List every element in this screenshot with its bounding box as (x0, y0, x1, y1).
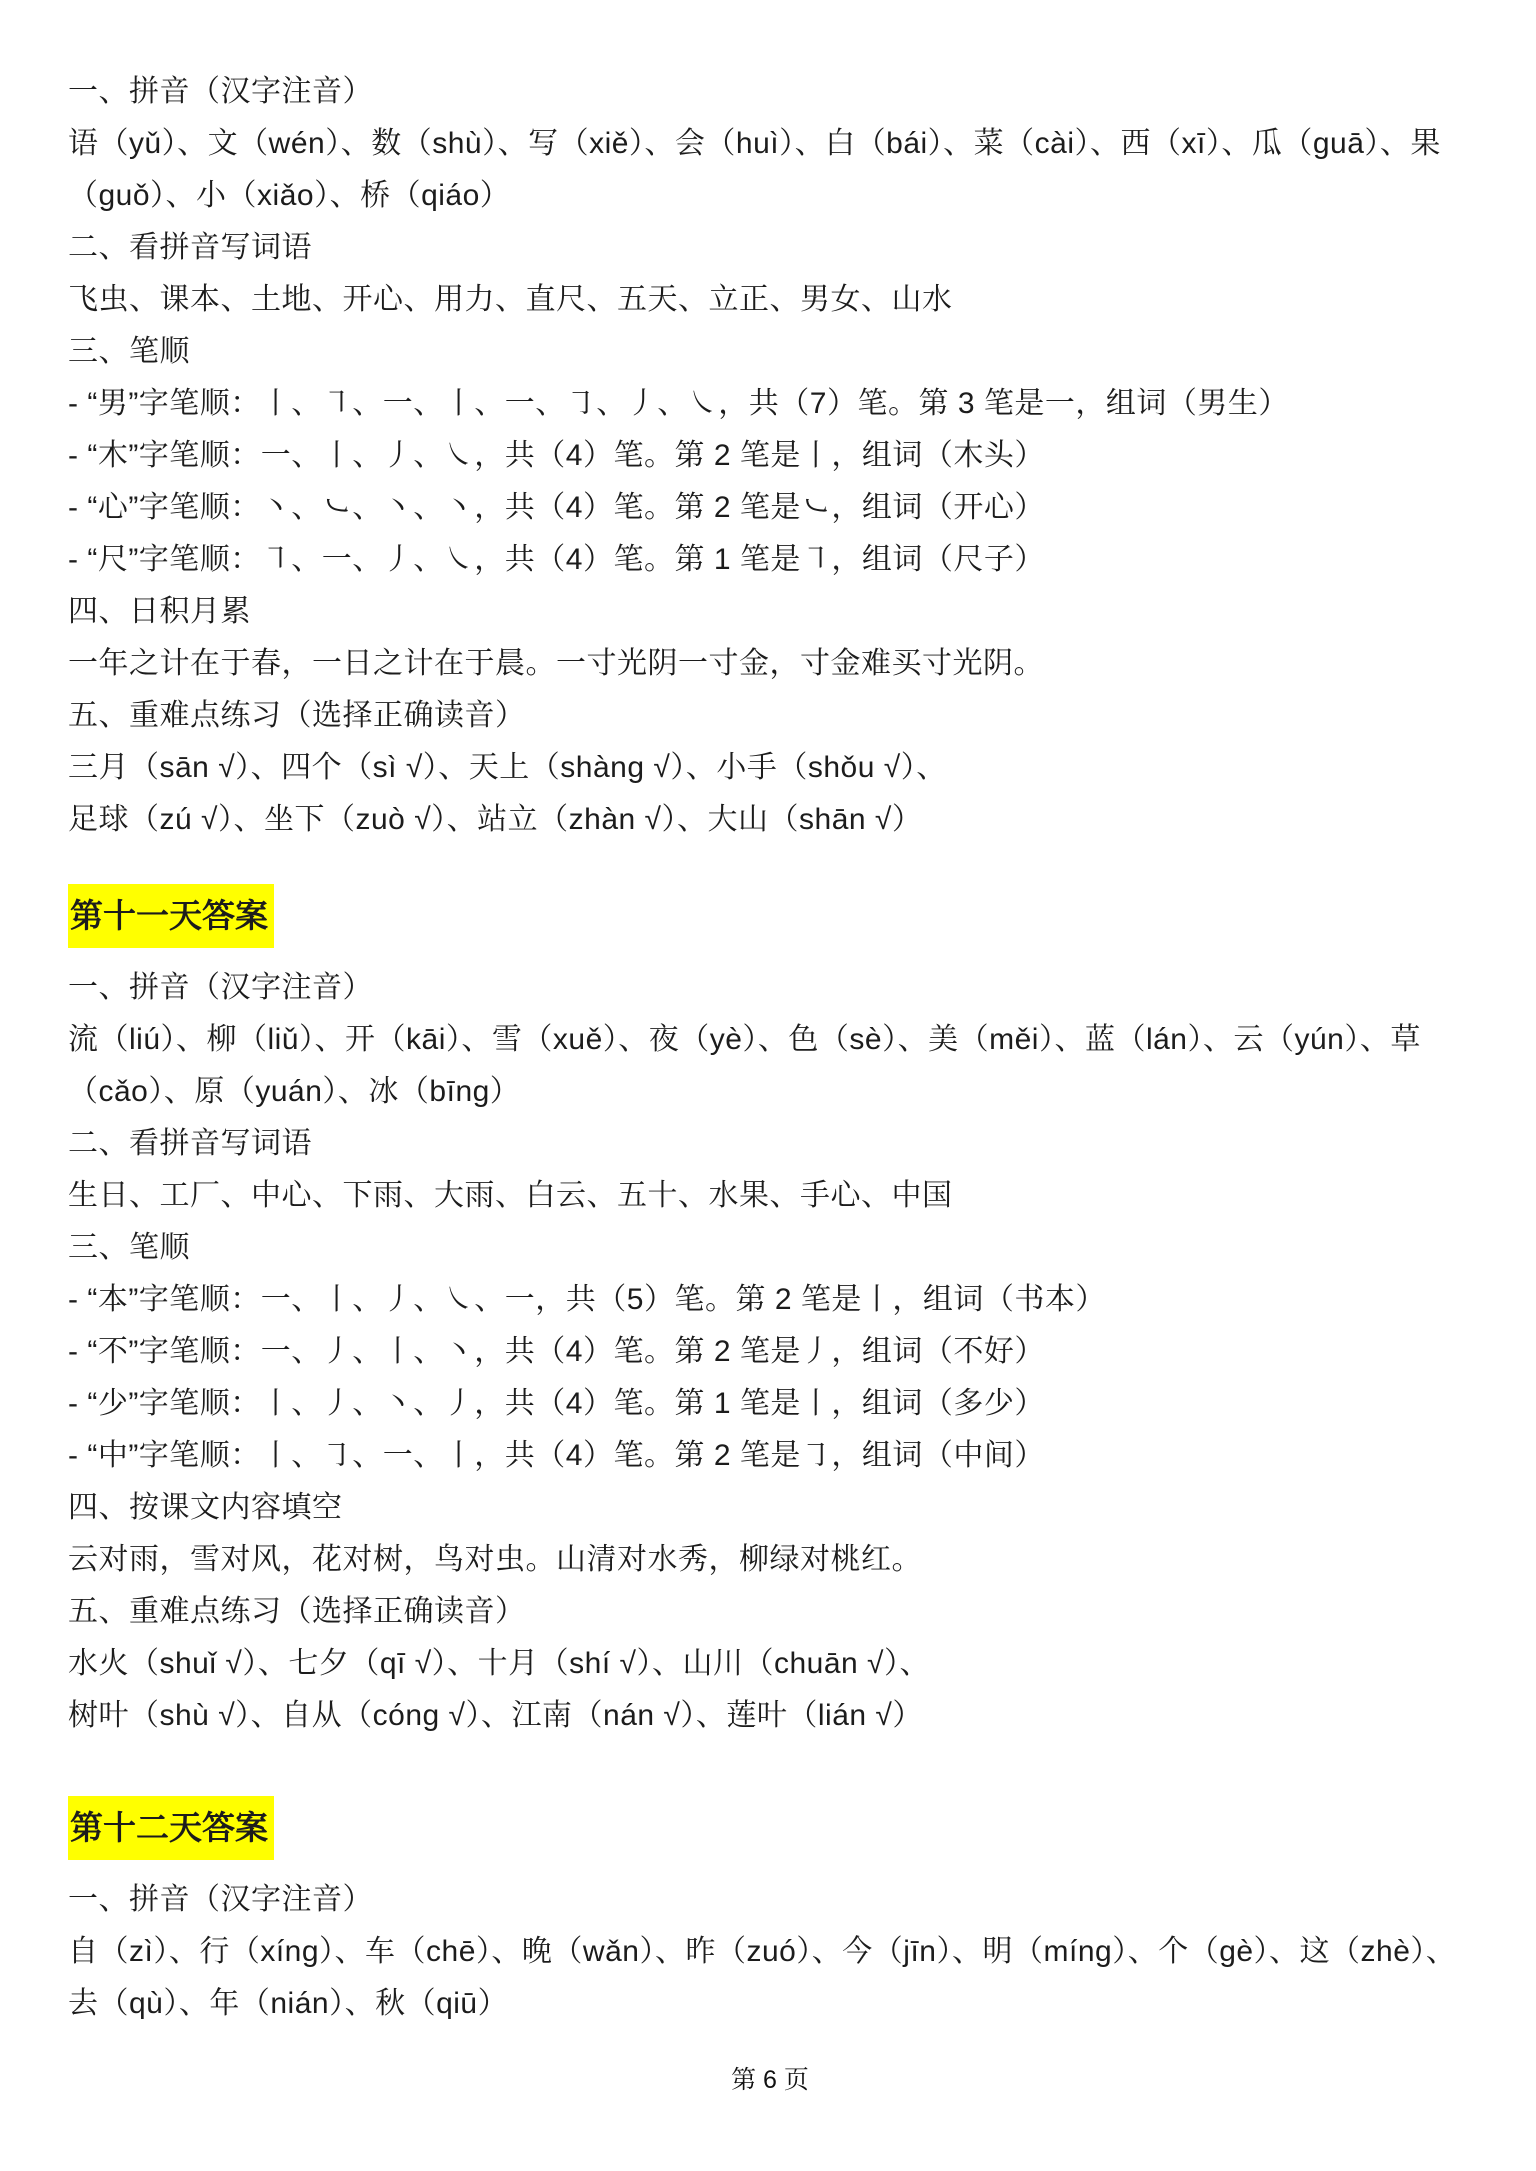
pinyin-answers: 自（zì）、行（xíng）、车（chē）、晚（wǎn）、昨（zuó）、今（jīn… (68, 1926, 1472, 2030)
pinyin-answers: 流（liú）、柳（liǔ）、开（kāi）、雪（xuě）、夜（yè）、色（sè）、… (68, 1014, 1472, 1118)
stroke-order-item: - “本”字笔顺：一、丨、丿、㇏、一，共（5）笔。第 2 笔是丨，组词（书本） (68, 1274, 1472, 1326)
heading-stroke-order: 三、笔顺 (68, 326, 1472, 378)
section-day-eleven: 第十一天答案 一、拼音（汉字注音） 流（liú）、柳（liǔ）、开（kāi）、雪… (68, 884, 1472, 1742)
word-answers: 生日、工厂、中心、下雨、大雨、白云、五十、水果、手心、中国 (68, 1170, 1472, 1222)
section-day-ten: 一、拼音（汉字注音） 语（yǔ）、文（wén）、数（shù）、写（xiě）、会（… (68, 66, 1472, 846)
heading-pinyin: 一、拼音（汉字注音） (68, 1874, 1472, 1926)
highlighted-title: 第十二天答案 (68, 1796, 274, 1860)
stroke-order-item: - “不”字笔顺：一、丿、丨、丶，共（4）笔。第 2 笔是丿，组词（不好） (68, 1326, 1472, 1378)
practice-answers: 三月（sān √）、四个（sì √）、天上（shàng √）、小手（shǒu √… (68, 742, 1472, 794)
heading-stroke-order: 三、笔顺 (68, 1222, 1472, 1274)
fill-in-answer: 云对雨，雪对风，花对树，鸟对虫。山清对水秀，柳绿对桃红。 (68, 1534, 1472, 1586)
heading-accumulation: 四、日积月累 (68, 586, 1472, 638)
page-number: 第 6 页 (68, 2060, 1472, 2100)
heading-pinyin: 一、拼音（汉字注音） (68, 66, 1472, 118)
word-answers: 飞虫、课本、土地、开心、用力、直尺、五天、立正、男女、山水 (68, 274, 1472, 326)
proverb-text: 一年之计在于春，一日之计在于晨。一寸光阴一寸金，寸金难买寸光阴。 (68, 638, 1472, 690)
page-footer: 第 6 页 (68, 2060, 1472, 2140)
practice-answers: 足球（zú √）、坐下（zuò √）、站立（zhàn √）、大山（shān √） (68, 794, 1472, 846)
stroke-order-item: - “中”字笔顺：丨、㇆、一、丨，共（4）笔。第 2 笔是㇆，组词（中间） (68, 1430, 1472, 1482)
practice-answers: 水火（shuǐ √）、七夕（qī √）、十月（shí √）、山川（chuān √… (68, 1638, 1472, 1690)
heading-words: 二、看拼音写词语 (68, 222, 1472, 274)
stroke-order-item: - “木”字笔顺：一、丨、丿、㇏，共（4）笔。第 2 笔是丨，组词（木头） (68, 430, 1472, 482)
practice-answers: 树叶（shù √）、自从（cóng √）、江南（nán √）、莲叶（lián √… (68, 1690, 1472, 1742)
highlighted-title: 第十一天答案 (68, 884, 274, 948)
pinyin-answers: 语（yǔ）、文（wén）、数（shù）、写（xiě）、会（huì）、白（bái）… (68, 118, 1472, 222)
stroke-order-item: - “心”字笔顺：丶、㇃、丶、丶，共（4）笔。第 2 笔是㇃，组词（开心） (68, 482, 1472, 534)
heading-practice: 五、重难点练习（选择正确读音） (68, 1586, 1472, 1638)
stroke-order-item: - “尺”字笔顺：㇕、一、丿、㇏，共（4）笔。第 1 笔是㇕，组词（尺子） (68, 534, 1472, 586)
day-eleven-heading: 第十一天答案 (68, 884, 1472, 948)
section-day-twelve: 第十二天答案 一、拼音（汉字注音） 自（zì）、行（xíng）、车（chē）、晚… (68, 1796, 1472, 2030)
heading-fill-in: 四、按课文内容填空 (68, 1482, 1472, 1534)
day-twelve-heading: 第十二天答案 (68, 1796, 1472, 1860)
stroke-order-item: - “男”字笔顺：丨、㇕、一、丨、一、㇆、丿、㇏，共（7）笔。第 3 笔是一，组… (68, 378, 1472, 430)
heading-words: 二、看拼音写词语 (68, 1118, 1472, 1170)
stroke-order-item: - “少”字笔顺：丨、丿、丶、丿，共（4）笔。第 1 笔是丨，组词（多少） (68, 1378, 1472, 1430)
heading-practice: 五、重难点练习（选择正确读音） (68, 690, 1472, 742)
heading-pinyin: 一、拼音（汉字注音） (68, 962, 1472, 1014)
document-page: 一、拼音（汉字注音） 语（yǔ）、文（wén）、数（shù）、写（xiě）、会（… (0, 0, 1536, 2140)
